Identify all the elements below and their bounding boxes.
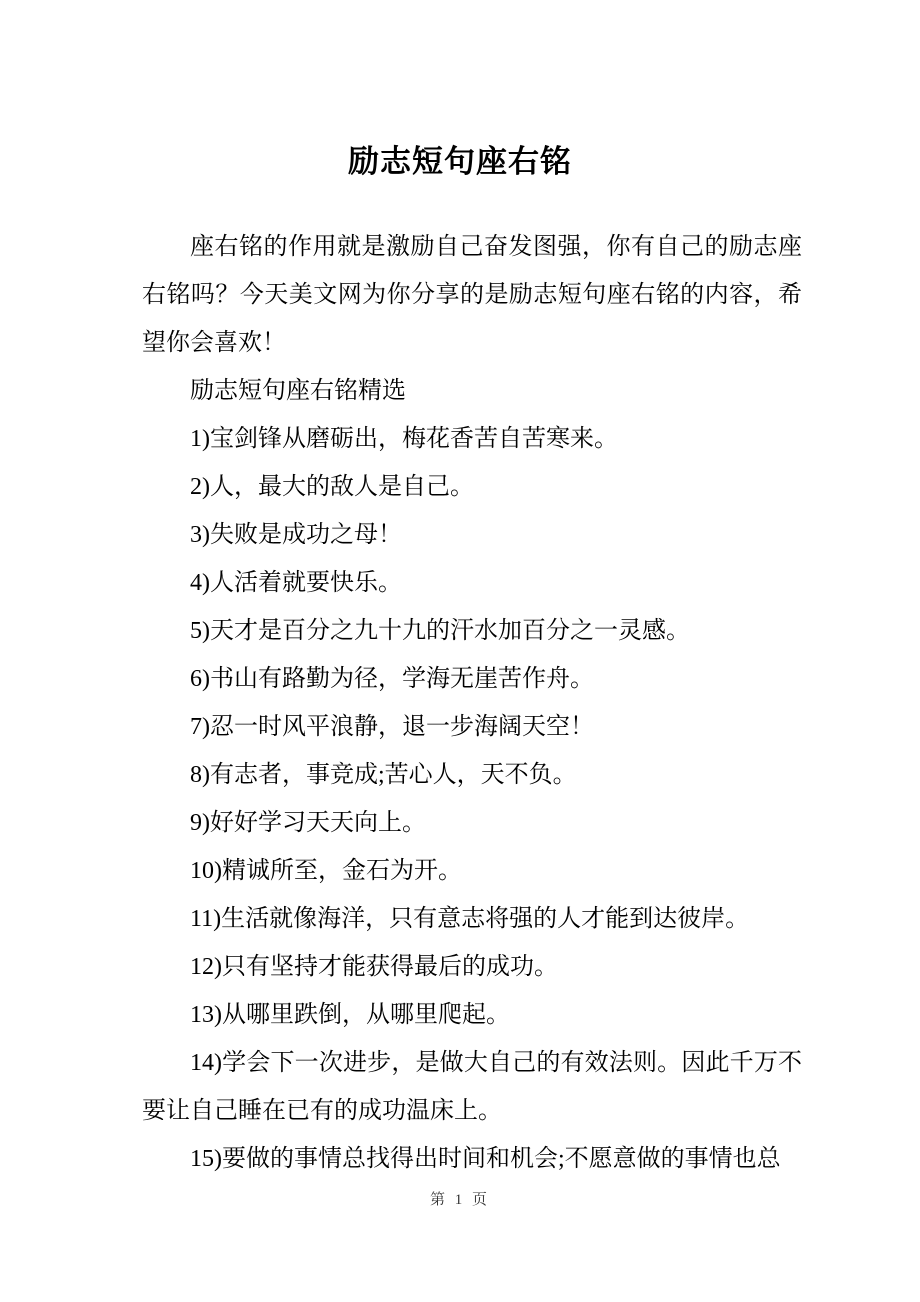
document-title: 励志短句座右铭 xyxy=(0,0,920,181)
quote-item: 11)生活就像海洋，只有意志将强的人才能到达彼岸。 xyxy=(142,895,802,943)
quote-item: 6)书山有路勤为径，学海无崖苦作舟。 xyxy=(142,655,802,703)
document-page: 励志短句座右铭 座右铭的作用就是激励自己奋发图强，你有自己的励志座右铭吗？今天美… xyxy=(0,0,920,1302)
quote-item: 8)有志者，事竞成;苦心人，天不负。 xyxy=(142,751,802,799)
quote-item: 2)人，最大的敌人是自己。 xyxy=(142,463,802,511)
quote-item: 9)好好学习天天向上。 xyxy=(142,799,802,847)
quote-item: 4)人活着就要快乐。 xyxy=(142,559,802,607)
quote-item: 12)只有坚持才能获得最后的成功。 xyxy=(142,943,802,991)
intro-paragraph: 座右铭的作用就是激励自己奋发图强，你有自己的励志座右铭吗？今天美文网为你分享的是… xyxy=(142,223,802,367)
page-number: 第 1 页 xyxy=(0,1188,920,1209)
quote-item: 3)失败是成功之母！ xyxy=(142,511,802,559)
quote-item: 1)宝剑锋从磨砺出，梅花香苦自苦寒来。 xyxy=(142,415,802,463)
quote-list: 1)宝剑锋从磨砺出，梅花香苦自苦寒来。2)人，最大的敌人是自己。3)失败是成功之… xyxy=(142,415,802,1183)
document-body: 座右铭的作用就是激励自己奋发图强，你有自己的励志座右铭吗？今天美文网为你分享的是… xyxy=(142,223,802,1183)
quote-item: 5)天才是百分之九十九的汗水加百分之一灵感。 xyxy=(142,607,802,655)
section-subtitle: 励志短句座右铭精选 xyxy=(142,367,802,415)
quote-item: 7)忍一时风平浪静，退一步海阔天空！ xyxy=(142,703,802,751)
quote-item: 13)从哪里跌倒，从哪里爬起。 xyxy=(142,991,802,1039)
quote-item: 15)要做的事情总找得出时间和机会;不愿意做的事情也总 xyxy=(142,1135,802,1183)
quote-item: 10)精诚所至，金石为开。 xyxy=(142,847,802,895)
quote-item: 14)学会下一次进步，是做大自己的有效法则。因此千万不要让自己睡在已有的成功温床… xyxy=(142,1039,802,1135)
